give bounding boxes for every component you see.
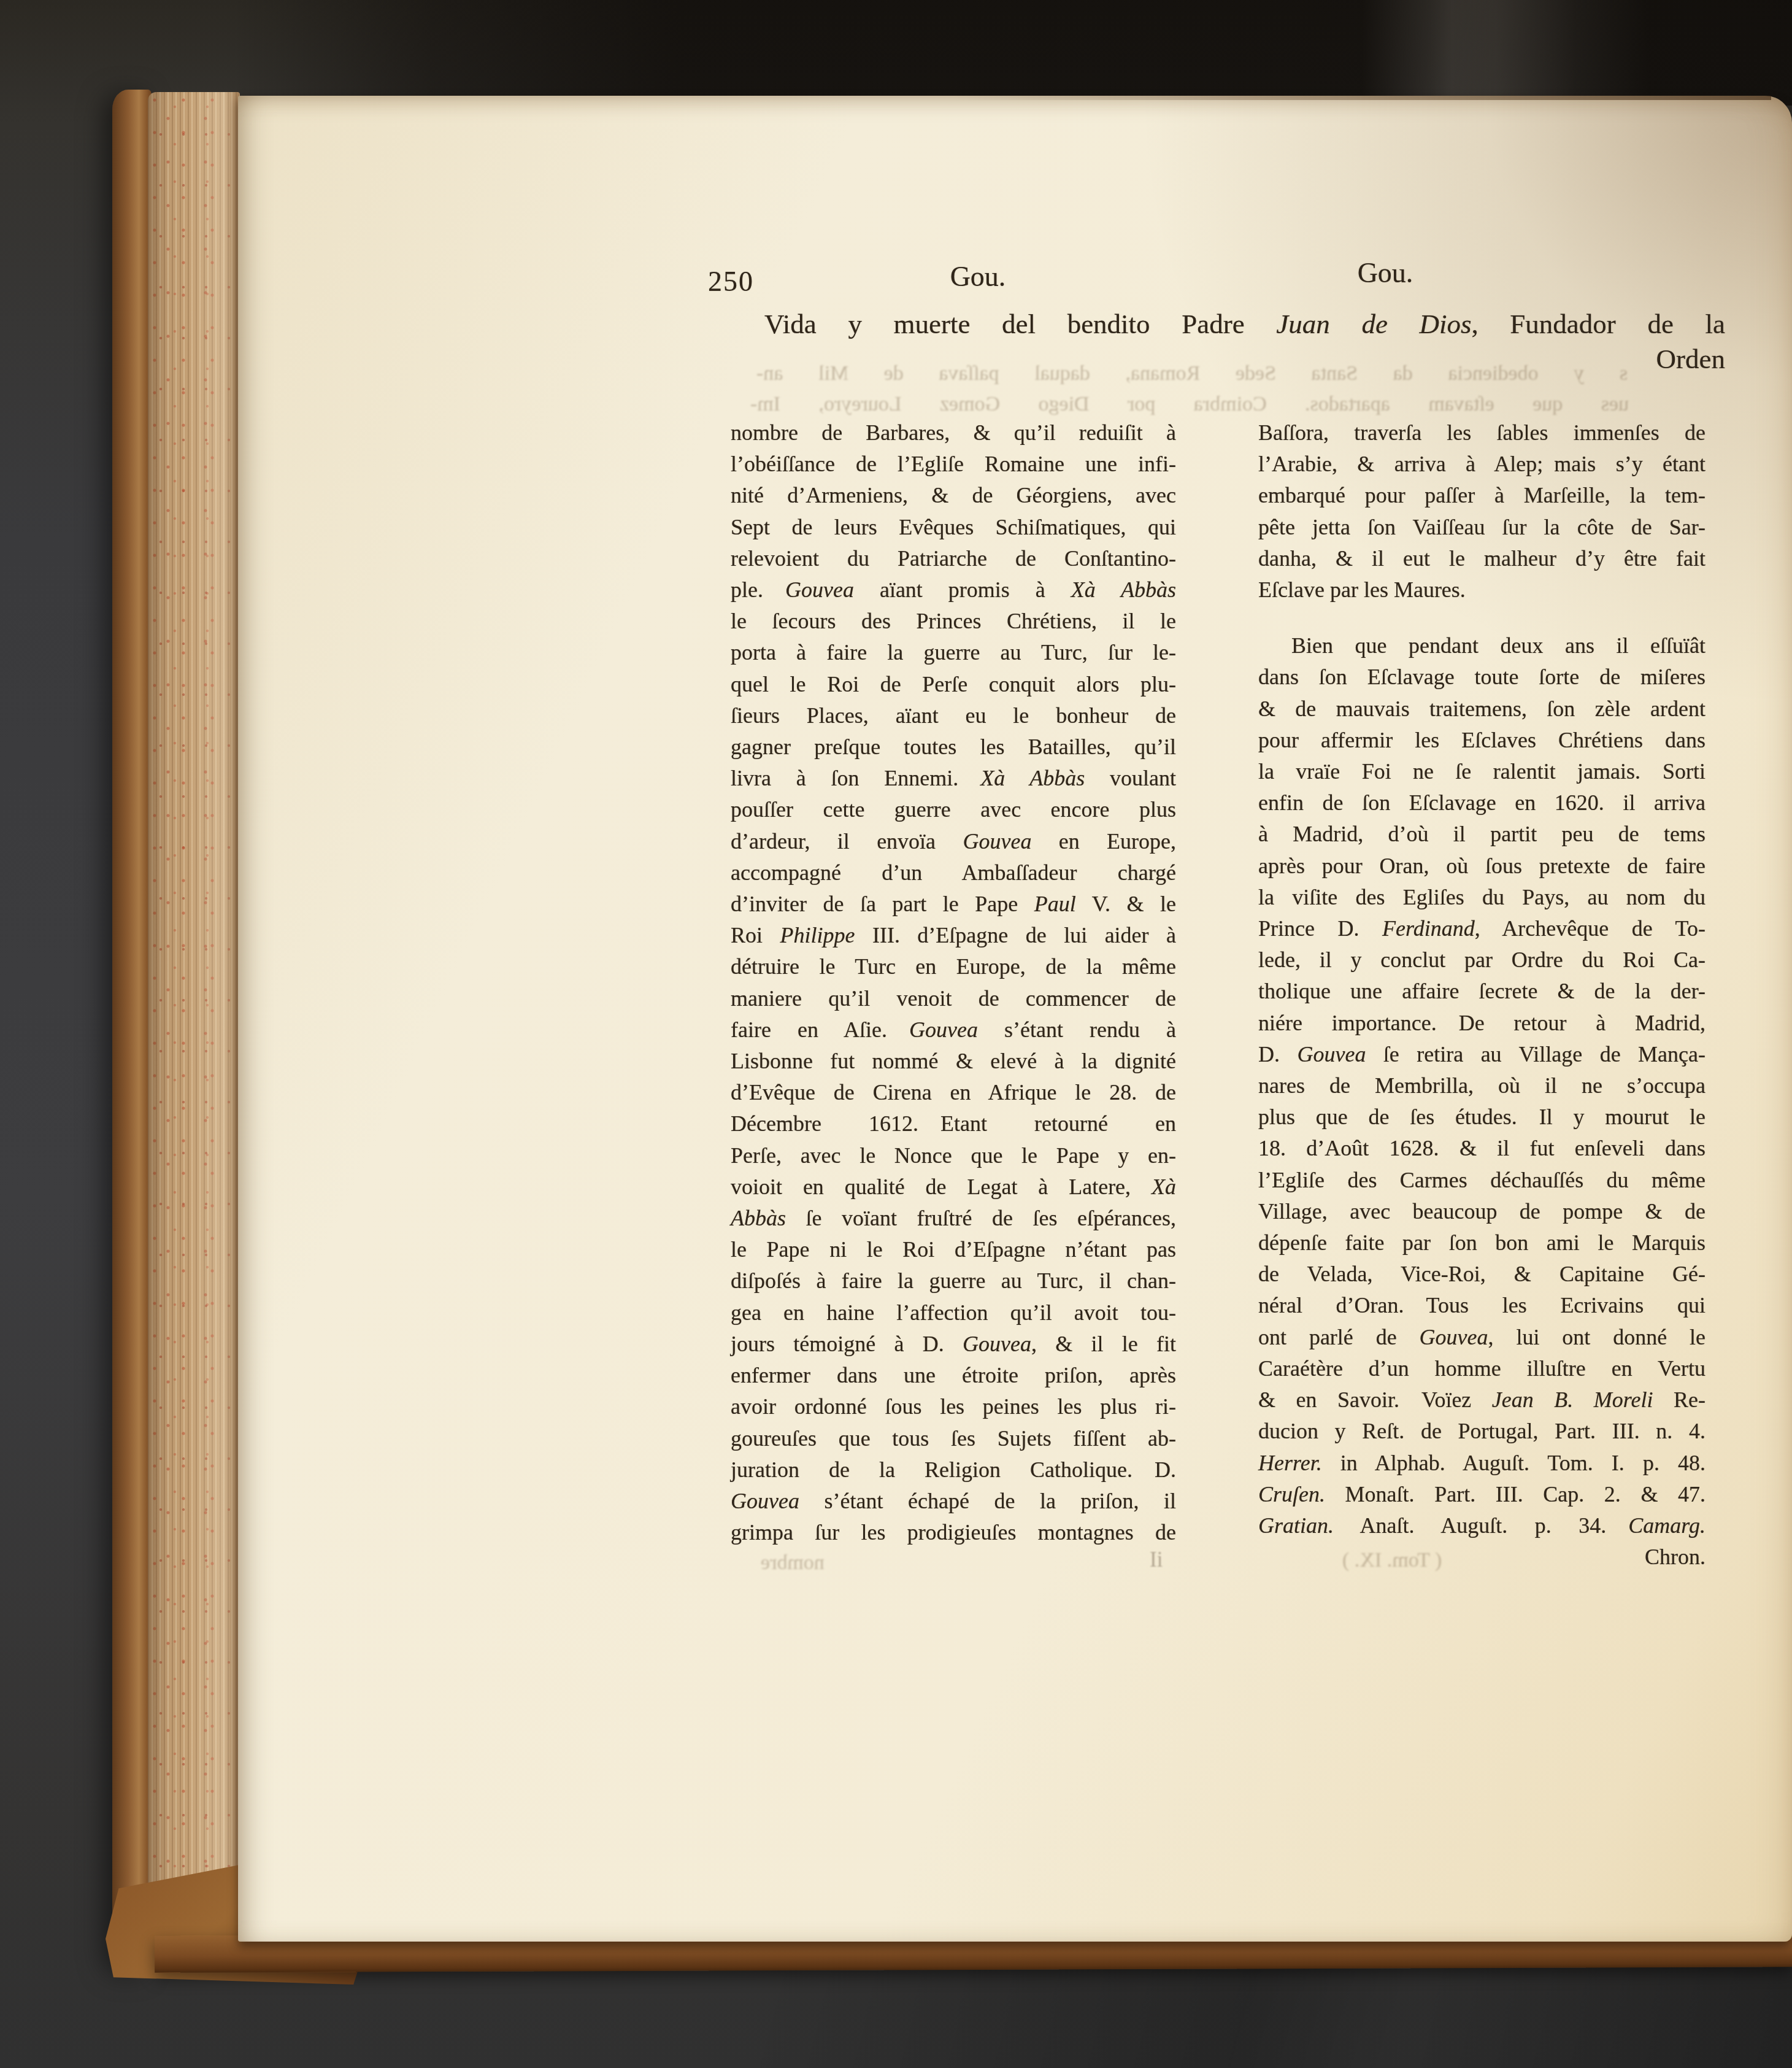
text-line: maniere qu’il venoit de commencer de [731, 983, 1176, 1014]
text-line: & de mauvais traitemens, ſon zèle ardent [1258, 693, 1705, 725]
running-title-left: Gou. [935, 260, 1021, 293]
text-line: ducion y Reſt. de Portugal, Part. III. n… [1258, 1416, 1705, 1447]
column-right: Baſſora, traverſa les ſables immenſes de… [1258, 417, 1705, 1573]
text-line: diſpoſés à faire la guerre au Turc, il c… [731, 1265, 1176, 1297]
text-line: Roi Philippe III. d’Eſpagne de lui aider… [731, 920, 1176, 951]
text-line: d’Evêque de Cirena en Afrique le 28. de [731, 1077, 1176, 1108]
text-line: Gratian. Anaſt. Auguſt. p. 34. Camarg. [1258, 1510, 1705, 1541]
text-line: Prince D. Ferdinand, Archevêque de To- [1258, 913, 1705, 944]
text-line: lede, il y conclut par Ordre du Roi Ca- [1258, 944, 1705, 976]
text-line: l’obéiſſance de l’Egliſe Romaine une inf… [731, 449, 1176, 480]
text-line: tholique une affaire ſecrete & de la der… [1258, 976, 1705, 1007]
text-line: dans ſon Eſclavage toute ſorte de miſere… [1258, 662, 1705, 693]
text-line: Gouvea s’étant échapé de la priſon, il [731, 1486, 1176, 1517]
text-line: gagner preſque toutes les Batailles, qu’… [731, 731, 1176, 763]
text-line: dépenſe faite par ſon bon ami le Marquis [1258, 1227, 1705, 1259]
page-number: 250 [708, 265, 754, 298]
text-line: embarqué pour paſſer à Marſeille, la tem… [1258, 480, 1705, 511]
text-line: grimpa ſur les prodigieuſes montagnes de [731, 1517, 1176, 1548]
text-line: Herrer. in Alphab. Auguſt. Tom. I. p. 48… [1258, 1448, 1705, 1479]
text-line: accompagné d’un Ambaſſadeur chargé [731, 857, 1176, 889]
text-line: Vida y muerte del bendito Padre Juan de … [764, 307, 1725, 342]
text-line: & en Savoir. Voïez Jean B. Moreli Re- [1258, 1384, 1705, 1416]
text-line: néral d’Oran. Tous les Ecrivains qui [1258, 1290, 1705, 1321]
text-line: nares de Membrilla, où il ne s’occupa [1258, 1070, 1705, 1102]
text-line: l’Arabie, & arriva à Alep; mais s’y étan… [1258, 449, 1705, 480]
text-line: relevoient du Patriarche de Conſtantino- [731, 543, 1176, 574]
showthrough-bottom-right: ( Tom. IX. ) [1342, 1549, 1442, 1572]
text-line: ſieurs Places, aïant eu le bonheur de [731, 700, 1176, 731]
book: 250 Gou. Gou. Vida y muerte del bendito … [0, 0, 1792, 2068]
text-line: pour affermir les Eſclaves Chrétiens dan… [1258, 725, 1705, 756]
text-line: détruire le Turc en Europe, de la même [731, 951, 1176, 982]
text-line: D. Gouvea ſe retira au Village de Mança- [1258, 1039, 1705, 1070]
text-line: après pour Oran, où ſous pretexte de fai… [1258, 851, 1705, 882]
text-line: juration de la Religion Catholique. D. [731, 1454, 1176, 1486]
text-line: jours témoigné à D. Gouvea, & il le fit [731, 1329, 1176, 1360]
book-page: 250 Gou. Gou. Vida y muerte del bendito … [238, 96, 1792, 1942]
text-line: Village, avec beaucoup de pompe & de [1258, 1196, 1705, 1227]
text-line: faire en Aſie. Gouvea s’étant rendu à [731, 1014, 1176, 1046]
text-line: Perſe, avec le Nonce que le Pape y en- [731, 1140, 1176, 1171]
text-line: Baſſora, traverſa les ſables immenſes de [1258, 417, 1705, 449]
text-line: pête jetta ſon Vaiſſeau ſur la côte de S… [1258, 512, 1705, 543]
text-line: l’Egliſe des Carmes déchauſſés du même [1258, 1165, 1705, 1196]
text-line: le Pape ni le Roi d’Eſpagne n’étant pas [731, 1234, 1176, 1265]
text-line: la viſite des Egliſes du Pays, au nom du [1258, 882, 1705, 913]
text-line: quel le Roi de Perſe conquit alors plu- [731, 669, 1176, 700]
book-spine [112, 90, 152, 1969]
text-line: ple. Gouvea aïant promis à Xà Abbàs [731, 574, 1176, 606]
text-line: d’ardeur, il envoïa Gouvea en Europe, [731, 826, 1176, 857]
text-line: livra à ſon Ennemi. Xà Abbàs voulant [731, 763, 1176, 794]
text-line: Décembre 1612. Etant retourné en [731, 1108, 1176, 1140]
text-line: de Velada, Vice-Roi, & Capitaine Gé- [1258, 1259, 1705, 1290]
showthrough-line-1: s y obediencia da Santa Sede Romana, daq… [756, 362, 1628, 385]
text-line: niére importance. De retour à Madrid, [1258, 1008, 1705, 1039]
signature-mark: Ii [1150, 1548, 1163, 1572]
text-line: le ſecours des Princes Chrétiens, il le [731, 606, 1176, 637]
text-line: Eſclave par les Maures. [1258, 574, 1705, 606]
text-line: nité d’Armeniens, & de Géorgiens, avec [731, 480, 1176, 511]
text-line: Cruſen. Monaſt. Part. III. Cap. 2. & 47. [1258, 1479, 1705, 1510]
text-line: pouſſer cette guerre avec encore plus [731, 794, 1176, 825]
text-line: Caraétère d’un homme illuſtre en Vertu [1258, 1353, 1705, 1384]
text-line: enfermer dans une étroite priſon, après [731, 1360, 1176, 1391]
text-line: avoir ordonné ſous les peines les plus r… [731, 1391, 1176, 1422]
column-left: nombre de Barbares, & qu’il reduiſit àl’… [731, 417, 1176, 1548]
text-line: Lisbonne fut nommé & elevé à la dignité [731, 1046, 1176, 1077]
text-line: 18. d’Août 1628. & il fut enſeveli dans [1258, 1133, 1705, 1164]
text-line: voioit en qualité de Legat à Latere, Xà [731, 1171, 1176, 1203]
text-line: Abbàs ſe voïant fruſtré de ſes eſpérance… [731, 1203, 1176, 1234]
text-line: gea en haine l’affection qu’il avoit tou… [731, 1297, 1176, 1329]
text-line: enfin de ſon Eſclavage en 1620. il arriv… [1258, 787, 1705, 819]
text-line: Chron. [1258, 1541, 1705, 1573]
running-title-right: Gou. [1341, 257, 1429, 289]
page-fore-edges [148, 92, 240, 1939]
text-line: plus que de ſes études. Il y mourut le [1258, 1102, 1705, 1133]
text-line: la vraïe Foi ne ſe ralentit jamais. Sort… [1258, 756, 1705, 787]
text-line: à Madrid, d’où il partit peu de tems [1258, 819, 1705, 850]
text-line: goureuſes que tous ſes Sujets fiſſent ab… [731, 1423, 1176, 1454]
text-line: danha, & il eut le malheur d’y être fait [1258, 543, 1705, 574]
showthrough-line-2: ues que eſtavam apartados. Coimbra por D… [750, 393, 1629, 416]
showthrough-bottom-left: nombre [761, 1551, 825, 1575]
text-line: ont parlé de Gouvea, lui ont donné le [1258, 1322, 1705, 1353]
text-line: d’inviter de ſa part le Pape Paul V. & l… [731, 889, 1176, 920]
text-line: Sept de leurs Evêques Schiſmatiques, qui [731, 512, 1176, 543]
text-line: Bien que pendant deux ans il eſſuïât [1258, 630, 1705, 662]
text-line: porta à faire la guerre au Turc, ſur le- [731, 637, 1176, 668]
text-line: nombre de Barbares, & qu’il reduiſit à [731, 417, 1176, 449]
